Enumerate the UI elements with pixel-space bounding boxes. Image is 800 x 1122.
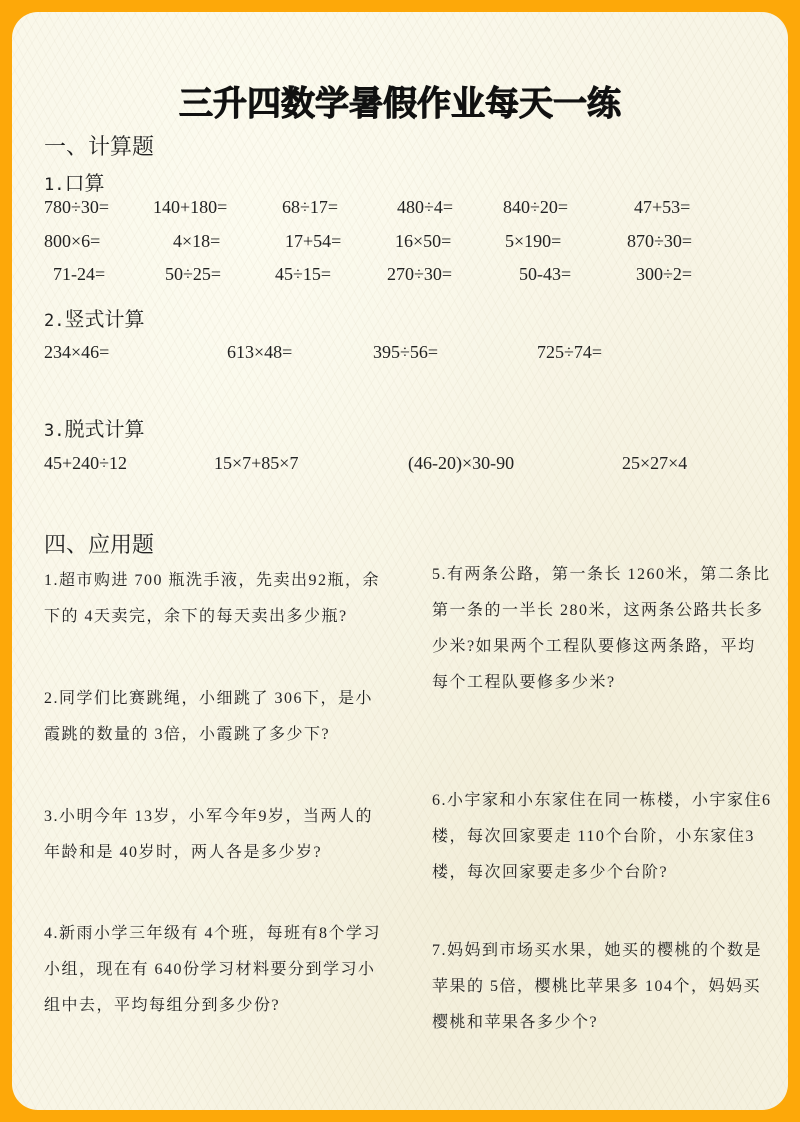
subheading-label: 脱式计算 bbox=[64, 417, 144, 441]
oral-item: 840÷20= bbox=[503, 197, 568, 218]
oral-item: 4×18= bbox=[173, 231, 220, 252]
vertical-item: 234×46= bbox=[44, 342, 109, 363]
oral-item: 270÷30= bbox=[387, 264, 452, 285]
vertical-item: 613×48= bbox=[227, 342, 292, 363]
stepwise-item: 15×7+85×7 bbox=[214, 453, 298, 474]
stepwise-item: 25×27×4 bbox=[622, 453, 687, 474]
oral-item: 45÷15= bbox=[275, 264, 331, 285]
subheading-number: 1. bbox=[44, 175, 64, 195]
oral-item: 300÷2= bbox=[636, 264, 692, 285]
page-title: 三升四数学暑假作业每天一练 bbox=[0, 76, 800, 125]
oral-item: 16×50= bbox=[395, 231, 451, 252]
stepwise-item: (46-20)×30-90 bbox=[408, 453, 514, 474]
vertical-item: 395÷56= bbox=[373, 342, 438, 363]
vertical-item: 725÷74= bbox=[537, 342, 602, 363]
oral-item: 47+53= bbox=[634, 197, 690, 218]
subheading-stepwise-calculation: 3.脱式计算 bbox=[44, 413, 144, 442]
oral-item: 50-43= bbox=[519, 264, 571, 285]
word-problem-4: 4.新雨小学三年级有 4个班，每班有8个学习小组，现在有 640份学习材料要分到… bbox=[44, 916, 384, 1024]
subheading-number: 3. bbox=[44, 421, 64, 441]
oral-item: 870÷30= bbox=[627, 231, 692, 252]
word-problem-3: 3.小明今年 13岁，小军今年9岁，当两人的年龄和是 40岁时，两人各是多少岁? bbox=[44, 799, 384, 871]
word-problem-1: 1.超市购进 700 瓶洗手液，先卖出92瓶，余下的 4天卖完，余下的每天卖出多… bbox=[44, 563, 384, 635]
section-heading-word-problems: 四、应用题 bbox=[44, 528, 154, 559]
oral-item: 480÷4= bbox=[397, 197, 453, 218]
subheading-label: 竖式计算 bbox=[64, 307, 144, 331]
section-heading-calculation: 一、计算题 bbox=[44, 130, 154, 161]
subheading-oral-calculation: 1.口算 bbox=[44, 167, 104, 196]
stepwise-item: 45+240÷12 bbox=[44, 453, 127, 474]
word-problem-6: 6.小宇家和小东家住在同一栋楼，小宇家住6楼，每次回家要走 110个台阶，小东家… bbox=[432, 783, 772, 891]
oral-item: 71-24= bbox=[53, 264, 105, 285]
subheading-vertical-calculation: 2.竖式计算 bbox=[44, 303, 144, 332]
oral-item: 17+54= bbox=[285, 231, 341, 252]
word-problem-5: 5.有两条公路，第一条长 1260米，第二条比第一条的一半长 280米，这两条公… bbox=[432, 557, 772, 701]
oral-item: 68÷17= bbox=[282, 197, 338, 218]
word-problem-7: 7.妈妈到市场买水果，她买的樱桃的个数是苹果的 5倍，樱桃比苹果多 104个，妈… bbox=[432, 933, 772, 1041]
word-problem-2: 2.同学们比赛跳绳，小细跳了 306下，是小霞跳的数量的 3倍，小霞跳了多少下? bbox=[44, 681, 384, 753]
oral-item: 140+180= bbox=[153, 197, 227, 218]
subheading-label: 口算 bbox=[64, 171, 104, 195]
oral-item: 5×190= bbox=[505, 231, 561, 252]
oral-item: 50÷25= bbox=[165, 264, 221, 285]
subheading-number: 2. bbox=[44, 311, 64, 331]
oral-item: 780÷30= bbox=[44, 197, 109, 218]
oral-item: 800×6= bbox=[44, 231, 100, 252]
